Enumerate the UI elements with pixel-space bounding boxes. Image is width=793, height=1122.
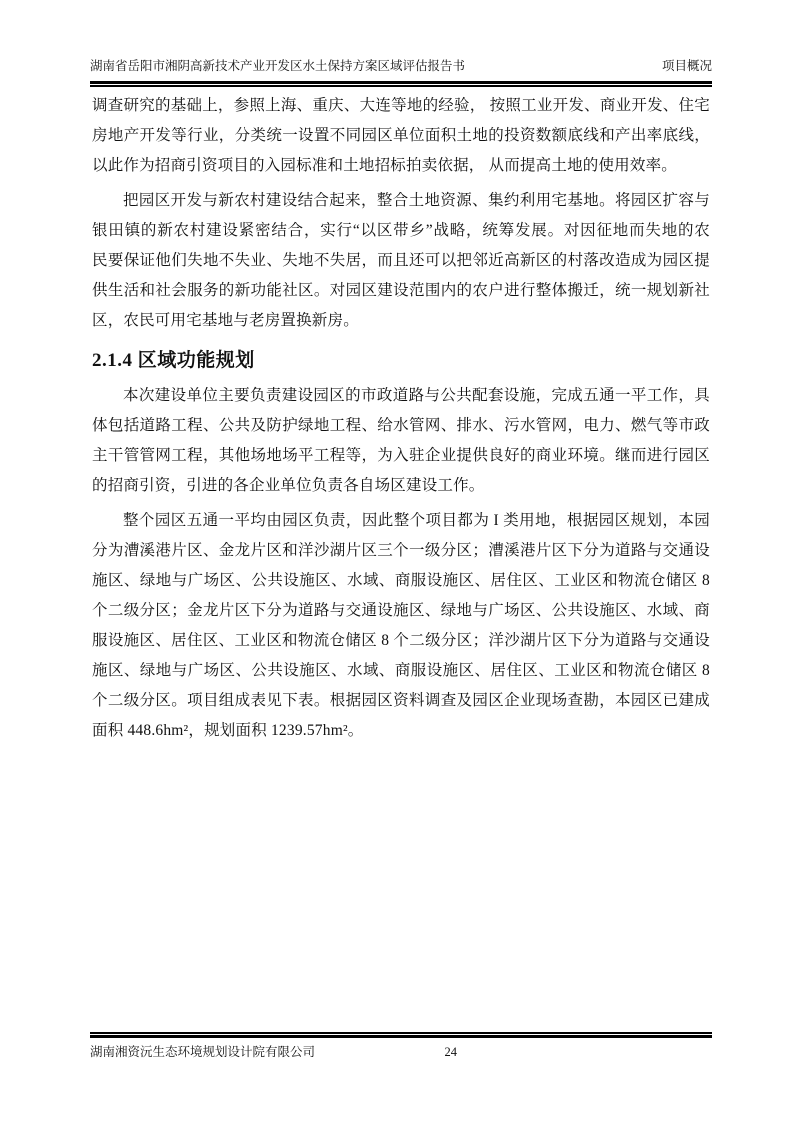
text-line: 的招商引资，引进的各企业单位负责各自场区建设工作。 [92, 471, 710, 501]
text-line: 施区、绿地与广场区、公共设施区、水域、商服设施区、居住区、工业区和物流仓储区 8 [92, 656, 710, 686]
page-footer: 湖南湘资沅生态环境规划设计院有限公司 24 [90, 1026, 712, 1061]
header-right-label: 项目概况 [662, 58, 712, 75]
text-line: 本次建设单位主要负责建设园区的市政道路与公共配套设施，完成五通一平工作，具 [92, 381, 710, 411]
text-line: 个二级分区。项目组成表见下表。根据园区资料调查及园区企业现场查勘，本园区已建成 [92, 686, 710, 716]
paragraph: 调查研究的基础上，参照上海、重庆、大连等地的经验， 按照工业开发、商业开发、住宅… [92, 91, 710, 181]
text-line: 施区、绿地与广场区、公共设施区、水域、商服设施区、居住区、工业区和物流仓储区 8 [92, 566, 710, 596]
text-line: 服设施区、居住区、工业区和物流仓储区 8 个二级分区；洋沙湖片区下分为道路与交通… [92, 626, 710, 656]
text-line: 面积 448.6hm²，规划面积 1239.57hm²。 [92, 716, 710, 746]
page-header: 湖南省岳阳市湘阴高新技术产业开发区水土保持方案区域评估报告书 项目概况 [90, 58, 712, 87]
section-heading: 2.1.4 区域功能规划 [92, 341, 710, 381]
text-line: 房地产开发等行业，分类统一设置不同园区单位面积土地的投资数额底线和产出率底线， [92, 121, 710, 151]
header-left-title: 湖南省岳阳市湘阴高新技术产业开发区水土保持方案区域评估报告书 [90, 58, 465, 75]
footer-rule [90, 1032, 712, 1038]
text-line: 整个园区五通一平均由园区负责，因此整个项目都为 I 类用地，根据园区规划，本园区 [92, 506, 710, 536]
document-body: 调查研究的基础上，参照上海、重庆、大连等地的经验， 按照工业开发、商业开发、住宅… [92, 91, 710, 751]
header-rule [90, 81, 712, 87]
text-line: 分为漕溪港片区、金龙片区和洋沙湖片区三个一级分区；漕溪港片区下分为道路与交通设 [92, 536, 710, 566]
document-page: 湖南省岳阳市湘阴高新技术产业开发区水土保持方案区域评估报告书 项目概况 调查研究… [0, 0, 793, 1122]
text-line: 以此作为招商引资项目的入园标准和土地招标拍卖依据， 从而提高土地的使用效率。 [92, 151, 710, 181]
text-line: 区，农民可用宅基地与老房置换新房。 [92, 306, 710, 336]
paragraph: 整个园区五通一平均由园区负责，因此整个项目都为 I 类用地，根据园区规划，本园区… [92, 506, 710, 746]
text-line: 调查研究的基础上，参照上海、重庆、大连等地的经验， 按照工业开发、商业开发、住宅 [92, 91, 710, 121]
paragraph: 本次建设单位主要负责建设园区的市政道路与公共配套设施，完成五通一平工作，具体包括… [92, 381, 710, 501]
footer-page-number: 24 [445, 1044, 458, 1061]
text-line: 体包括道路工程、公共及防护绿地工程、给水管网、排水、污水管网，电力、燃气等市政 [92, 411, 710, 441]
paragraph: 把园区开发与新农村建设结合起来，整合土地资源、集约利用宅基地。将园区扩容与银田镇… [92, 186, 710, 336]
text-line: 供生活和社会服务的新功能社区。对园区建设范围内的农户进行整体搬迁，统一规划新社 [92, 276, 710, 306]
text-line: 银田镇的新农村建设紧密结合，实行“以区带乡”战略，统筹发展。对因征地而失地的农 [92, 216, 710, 246]
text-line: 主干管管网工程，其他场地场平工程等，为入驻企业提供良好的商业环境。继而进行园区 [92, 441, 710, 471]
text-line: 民要保证他们失地不失业、失地不失居，而且还可以把邻近高新区的村落改造成为园区提 [92, 246, 710, 276]
footer-company: 湖南湘资沅生态环境规划设计院有限公司 [90, 1045, 315, 1059]
text-line: 个二级分区；金龙片区下分为道路与交通设施区、绿地与广场区、公共设施区、水域、商 [92, 596, 710, 626]
text-line: 把园区开发与新农村建设结合起来，整合土地资源、集约利用宅基地。将园区扩容与 [92, 186, 710, 216]
